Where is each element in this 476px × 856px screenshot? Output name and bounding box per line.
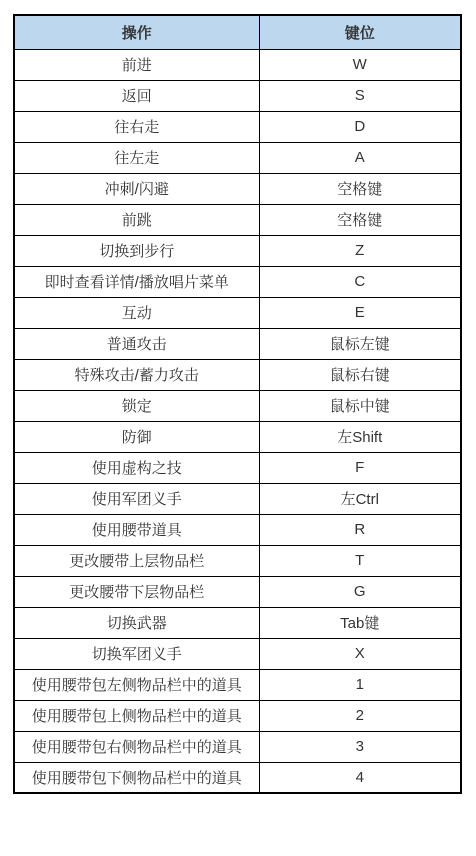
table-row: 冲刺/闪避空格键: [14, 173, 461, 204]
action-cell: 互动: [14, 297, 259, 328]
key-cell: R: [259, 514, 461, 545]
key-cell: 4: [259, 762, 461, 793]
table-row: 更改腰带下层物品栏G: [14, 576, 461, 607]
key-cell: 左Ctrl: [259, 483, 461, 514]
key-cell: C: [259, 266, 461, 297]
action-cell: 往左走: [14, 142, 259, 173]
table-row: 互动E: [14, 297, 461, 328]
action-cell: 更改腰带上层物品栏: [14, 545, 259, 576]
table-row: 使用虚构之技F: [14, 452, 461, 483]
table-row: 更改腰带上层物品栏T: [14, 545, 461, 576]
table-row: 切换到步行Z: [14, 235, 461, 266]
keybinding-table: 操作 键位 前进W返回S往右走D往左走A冲刺/闪避空格键前跳空格键切换到步行Z即…: [13, 14, 462, 794]
action-cell: 冲刺/闪避: [14, 173, 259, 204]
key-cell: 鼠标左键: [259, 328, 461, 359]
table-row: 特殊攻击/蓄力攻击鼠标右键: [14, 359, 461, 390]
table-row: 切换武器Tab键: [14, 607, 461, 638]
key-cell: G: [259, 576, 461, 607]
table-row: 返回S: [14, 80, 461, 111]
action-cell: 普通攻击: [14, 328, 259, 359]
action-cell: 切换武器: [14, 607, 259, 638]
key-cell: S: [259, 80, 461, 111]
key-cell: 空格键: [259, 204, 461, 235]
key-cell: Z: [259, 235, 461, 266]
table-row: 往右走D: [14, 111, 461, 142]
table-row: 前跳空格键: [14, 204, 461, 235]
table-row: 往左走A: [14, 142, 461, 173]
key-cell: 1: [259, 669, 461, 700]
table-row: 使用腰带包左侧物品栏中的道具1: [14, 669, 461, 700]
action-cell: 使用腰带包右侧物品栏中的道具: [14, 731, 259, 762]
table-row: 使用军团义手左Ctrl: [14, 483, 461, 514]
table-row: 锁定鼠标中键: [14, 390, 461, 421]
action-cell: 使用虚构之技: [14, 452, 259, 483]
key-cell: 左Shift: [259, 421, 461, 452]
action-cell: 前进: [14, 49, 259, 80]
table-body: 前进W返回S往右走D往左走A冲刺/闪避空格键前跳空格键切换到步行Z即时查看详情/…: [14, 49, 461, 793]
key-cell: W: [259, 49, 461, 80]
header-row: 操作 键位: [14, 15, 461, 49]
action-cell: 切换军团义手: [14, 638, 259, 669]
table-row: 切换军团义手X: [14, 638, 461, 669]
action-cell: 即时查看详情/播放唱片菜单: [14, 266, 259, 297]
action-cell: 切换到步行: [14, 235, 259, 266]
table-row: 普通攻击鼠标左键: [14, 328, 461, 359]
table-row: 即时查看详情/播放唱片菜单C: [14, 266, 461, 297]
key-cell: T: [259, 545, 461, 576]
action-cell: 防御: [14, 421, 259, 452]
table-row: 使用腰带包上侧物品栏中的道具2: [14, 700, 461, 731]
action-cell: 往右走: [14, 111, 259, 142]
key-cell: Tab键: [259, 607, 461, 638]
action-cell: 使用腰带包左侧物品栏中的道具: [14, 669, 259, 700]
key-cell: A: [259, 142, 461, 173]
action-cell: 锁定: [14, 390, 259, 421]
key-cell: 2: [259, 700, 461, 731]
header-key: 键位: [259, 15, 461, 49]
key-cell: E: [259, 297, 461, 328]
action-cell: 使用军团义手: [14, 483, 259, 514]
action-cell: 特殊攻击/蓄力攻击: [14, 359, 259, 390]
table-row: 使用腰带道具R: [14, 514, 461, 545]
action-cell: 更改腰带下层物品栏: [14, 576, 259, 607]
table-row: 前进W: [14, 49, 461, 80]
keybinding-table-container: 操作 键位 前进W返回S往右走D往左走A冲刺/闪避空格键前跳空格键切换到步行Z即…: [0, 0, 476, 794]
key-cell: 空格键: [259, 173, 461, 204]
table-row: 使用腰带包下侧物品栏中的道具4: [14, 762, 461, 793]
header-action: 操作: [14, 15, 259, 49]
key-cell: D: [259, 111, 461, 142]
key-cell: 3: [259, 731, 461, 762]
action-cell: 前跳: [14, 204, 259, 235]
table-row: 使用腰带包右侧物品栏中的道具3: [14, 731, 461, 762]
action-cell: 返回: [14, 80, 259, 111]
action-cell: 使用腰带道具: [14, 514, 259, 545]
key-cell: 鼠标右键: [259, 359, 461, 390]
action-cell: 使用腰带包下侧物品栏中的道具: [14, 762, 259, 793]
key-cell: F: [259, 452, 461, 483]
key-cell: 鼠标中键: [259, 390, 461, 421]
key-cell: X: [259, 638, 461, 669]
action-cell: 使用腰带包上侧物品栏中的道具: [14, 700, 259, 731]
table-row: 防御左Shift: [14, 421, 461, 452]
